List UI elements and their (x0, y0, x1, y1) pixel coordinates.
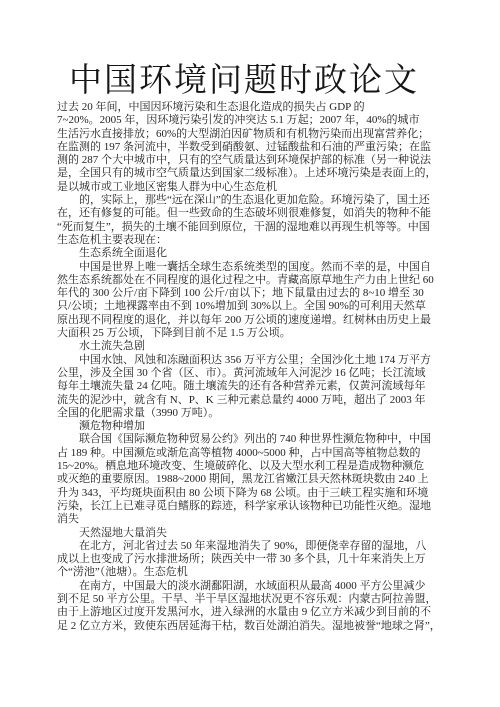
text-line: 占 189 种。中国濒危或渐危高等植物 4000~5000 种，占中国高等植物总… (57, 447, 449, 460)
text-line: 消失 (57, 513, 449, 526)
text-line: 个“涝池”（池塘）。生态危机 (57, 566, 449, 579)
text-line: 全国的化肥需求量（3990 万吨）。 (57, 407, 449, 420)
text-line: 是以城市或工业地区密集人群为中心生态危机 (57, 181, 449, 194)
text-line: 公里，涉及全国 30 个省（区、市）。黄河流域年入河泥沙 16 亿吨；长江流域 (57, 367, 449, 380)
text-line: 生态危机主要表现在： (57, 234, 449, 247)
text-line: 由于上游地区过度开发黑河水，进入绿洲的水量由 9 亿立方米减少到目前的不 (57, 606, 449, 619)
text-line: 原出现不同程度的退化，并以每年 200 万公顷的速度递增。红树林由历史上最 (57, 314, 449, 327)
text-line: 污染，长江上已难寻觅白鳍豚的踪迹，科学家承认该物种已功能性灭绝。湿地 (57, 500, 449, 513)
text-line: 生活污水直接排放；60%的大型湖泊因矿物质和有机物污染而出现富营养化； (57, 128, 449, 141)
text-line: 7~20%。2005 年，因环境污染引发的冲突达 5.1 万起；2007 年，4… (57, 114, 449, 127)
text-line: 在南方，中国最大的淡水湖鄱阳湖，水域面积从最高 4000 平方公里减少 (57, 580, 449, 593)
text-line: “死而复生”，损失的土壤不能回到原位，干涸的湿地难以再现生机等等。中国 (57, 221, 449, 234)
text-line: 在，还有修复的可能。但一些致命的生态破坏则很难修复，如消失的物种不能 (57, 207, 449, 220)
text-line: 的，实际上，那些“远在深山”的生态退化更加危险。环境污染了，国土还 (57, 194, 449, 207)
text-line: 天然湿地大量消失 (57, 527, 449, 540)
text-line: 成以上也变成了污水排泄场所；陕西关中一带 30 多个县，几十年来消失上万 (57, 553, 449, 566)
text-line: 水土流失急剧 (57, 340, 449, 353)
text-line: 只/公顷；土地裸露率由不到 10%增加到 30%以上。全国 90%的可利用天然草 (57, 300, 449, 313)
text-line: 生态系统全面退化 (57, 247, 449, 260)
text-line: 15~20%。栖息地环境改变、生境破碎化、以及大型水利工程是造成物种濒危 (57, 460, 449, 473)
text-line: 中国水蚀、风蚀和冻融面积达 356 万平方公里；全国沙化土地 174 万平方 (57, 354, 449, 367)
text-line: 足 2 亿立方米，致使东西居延海干枯，数百处湖泊消失。湿地被誉“地球之肾”， (57, 620, 449, 633)
text-line: 每年土壤流失量 24 亿吨。随土壤流失的还有各种营养元素，仅黄河流域每年 (57, 380, 449, 393)
text-line: 中国是世界上唯一囊括全球生态系统类型的国度。然而不幸的是，中国自 (57, 261, 449, 274)
text-line: 升为 343，平均斑块面积由 80 公顷下降为 68 公顷。由于三峡工程实施和环… (57, 487, 449, 500)
text-line: 到不足 50 平方公里。干旱、半干旱区湿地状况更不容乐观：内蒙古阿拉善盟， (57, 593, 449, 606)
document-title: 中国环境问题时政论文 (69, 54, 419, 101)
text-line: 在监测的 197 条河流中，半数受到硝酸氨、过锰酸盐和石油的严重污染；在监 (57, 141, 449, 154)
document-body: 过去 20 年间，中国因环境污染和生态退化造成的损失占 GDP 的7~20%。2… (57, 101, 449, 633)
text-line: 测的 287 个大中城市中，只有的空气质量达到环境保护部的标准（另一种说法 (57, 154, 449, 167)
text-line: 过去 20 年间，中国因环境污染和生态退化造成的损失占 GDP 的 (57, 101, 449, 114)
text-line: 流失的泥沙中，就含有 N、P、K 三种元素总量约 4000 万吨，超出了 200… (57, 394, 449, 407)
document-page: 中国环境问题时政论文 过去 20 年间，中国因环境污染和生态退化造成的损失占 G… (0, 0, 500, 707)
text-line: 或灭绝的重要原因。1988~2000 期间，黑龙江省嫩江县天然林斑块数由 240… (57, 473, 449, 486)
text-line: 是，全国只有的城市空气质量达到国家二级标准）。上述环境污染是表面上的， (57, 167, 449, 180)
text-line: 在北方，河北省过去 50 年来湿地消失了 90%，即便侥幸存留的湿地，八 (57, 540, 449, 553)
text-line: 联合国《国际濒危物种贸易公约》列出的 740 种世界性濒危物种中，中国 (57, 433, 449, 446)
text-line: 年代的 300 公斤/亩下降到 100 公斤/亩以下；地下鼠量由过去的 8~10… (57, 287, 449, 300)
text-line: 大面积 25 万公顷，下降到目前不足 1.5 万公顷。 (57, 327, 449, 340)
text-line: 濒危物种增加 (57, 420, 449, 433)
text-line: 然生态系统都处在不同程度的退化过程之中。青藏高原草地生产力由上世纪 60 (57, 274, 449, 287)
